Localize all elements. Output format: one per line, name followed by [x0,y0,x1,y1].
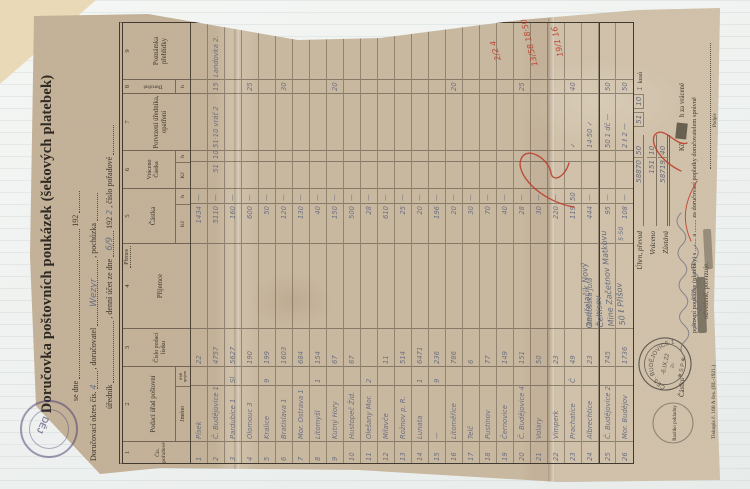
cell-kc: 70 [484,206,492,215]
cell-cislo: 514 [399,351,407,364]
cell-jmeno: Olomouc 3 [246,402,254,439]
table-row: 2Č. Budějovice 147575110—511051·10 vráť … [208,23,225,463]
col-header-vraceno: 6 Vráceno Částka Kč h [123,150,190,188]
se-dne-label: se dne [71,381,80,401]
cell-jmeno: Kralice [263,416,271,439]
blank-field [105,321,114,383]
table-cell: 6471 [412,328,428,366]
cell-h: — [297,194,305,201]
cell-jmeno: Bratislava 1 [280,399,288,439]
cell-dor: 50 [604,82,612,91]
table-cell [446,150,462,161]
table-cell: 23 [582,328,598,366]
cell-spoj: 9 [433,379,441,383]
table-cell: 5110 [208,203,224,243]
table-cell [548,161,564,188]
table-cell [310,23,326,79]
table-cell: 67 [327,328,343,366]
cell-jmeno: Litomyšl [314,410,322,439]
cell-n: 12 [382,452,390,461]
kc-label: Kč [679,143,686,151]
pencil-extra-amount: 5·50 [617,227,625,241]
table-cell: 4 [242,441,258,463]
table-cell [344,79,360,93]
table-cell: Volary [531,385,547,441]
cell-jmeno: Mor. Ostrava 1 [297,389,305,439]
table-cell [361,93,377,150]
ucet-label: , denní účet ze dne [105,259,114,319]
cell-dor: 15 [212,82,220,91]
h-za-vracene-label: h za vrácené [679,83,686,117]
table-cell: — [344,188,360,203]
table-cell [514,150,530,161]
table-cell: 40 [310,203,326,243]
prenos-label: Přenos [124,246,131,268]
subcol-h: h [176,189,190,204]
table-cell [497,93,513,150]
cell-h: — [399,194,407,201]
table-cell [412,93,428,150]
cell-kc: 600 [246,206,254,219]
table-cell: — [463,188,479,203]
table-cell [208,366,224,385]
table-cell [480,150,496,161]
summary-kc: 151 [647,158,657,226]
cell-spoj: 2 [365,379,373,383]
table-cell: 30 [276,79,292,93]
table-cell: 49 [565,328,581,366]
table-cell [276,150,292,161]
table-cell: 236 [429,328,445,366]
table-cell [191,243,207,328]
summary-label: Vráceno [649,226,657,319]
table-cell [548,366,564,385]
cell-n: 18 [484,452,492,461]
table-cell: 67 [344,328,360,366]
table-cell [259,79,275,93]
table-cell [344,93,360,150]
table-cell [259,23,275,79]
table-cell: 15 [208,79,224,93]
cell-kc: 130 [297,206,305,219]
table-cell: 11 [378,328,394,366]
col-number: 1 [123,442,132,463]
postmark-office: ✻ S P ✻ [677,356,688,378]
table-cell [446,366,462,385]
table-cell: 25 [242,79,258,93]
table-cell [310,161,326,188]
table-cell: 70 [480,203,496,243]
summary-block: Úhrn, převod 58870 50 51 10 1 kusů Vráce… [631,23,670,319]
table-cell [600,366,615,385]
table-cell: — [293,188,309,203]
table-cell [225,23,241,79]
summary-row: Vráceno 151 10 [644,23,657,319]
table-cell: Sl [225,366,241,385]
corner-stamp-fragment: DĚJ [20,400,78,458]
cell-kc: 150 [331,206,339,219]
cell-n: 17 [467,452,475,461]
table-cell [514,93,530,150]
summary-label: Zůstává [662,226,670,319]
summary-h: 40 [658,135,670,158]
okres-label: Doručovací okres čís. [89,391,98,461]
table-cell: 160 [225,203,241,243]
cell-jmeno: Vimperk [552,411,560,439]
table-cell [327,150,343,161]
cell-n: 3 [229,457,237,461]
table-cell: — [497,188,513,203]
table-cell: 20 [514,441,530,463]
cell-cislo: 6 [467,360,475,364]
table-cell [446,243,462,328]
table-cell: 2 [208,441,224,463]
table-cell [361,150,377,161]
cell-n: 6 [280,457,288,461]
table-cell [582,161,598,188]
cell-h: — [212,194,220,201]
table-cell: 1 [191,441,207,463]
castka-label: Částka [154,161,161,177]
table-cell: 7 [293,441,309,463]
table-row: 16Litoměřice78620—20 [446,23,463,463]
table-cell [242,23,258,79]
table-cell [191,366,207,385]
cell-kc: 30 [467,206,475,215]
cell-h: — [229,194,237,201]
table-cell [327,161,343,188]
table-cell: 25 [514,79,530,93]
table-cell: 40 [565,79,581,93]
table-cell: Černovice [497,385,513,441]
cell-cislo: 67 [331,355,339,364]
table-cell: 5627 [225,328,241,366]
cell-kc: 610 [382,206,390,219]
table-cell [361,243,377,328]
table-cell [191,79,207,93]
table-cell: 149 [497,328,513,366]
cell-potv: 51·10 vráť 2 [212,106,220,148]
table-row: 15—9236196— [429,23,446,463]
col-label: Podací úřad poštovní [132,367,175,441]
ink-smudge [703,229,713,269]
subcol-h: h [176,151,190,162]
cell-jmeno: Prachatice [569,403,577,439]
table-cell [378,93,394,150]
table-cell [582,150,598,161]
table-cell [429,243,445,328]
table-row: 9Kutný Hory67150—20 [327,23,344,463]
cell-jmeno: Olešany Mor. [365,395,373,439]
table-cell [191,150,207,161]
table-cell [361,161,377,188]
table-cell: 21 [531,441,547,463]
table-cell: Hustopeč Žid. [344,385,360,441]
summary-h: 50 [634,135,644,158]
table-cell [310,243,326,328]
table-cell: 6 [276,441,292,463]
cell-potv: 2 ℓ 2 — [621,123,629,148]
col-header-poznamka: 9 Poznámka přehlídky [123,23,190,79]
table-cell: 23 [548,328,564,366]
table-cell [378,243,394,328]
table-body: 1Písek221434—2Č. Budějovice 147575110—51… [191,23,633,463]
table-row: 22Vimperk23220— [548,23,565,463]
table-cell: 120 [276,203,292,243]
line-okres: Doručovací okres čís. 4 , doručovatel We… [89,193,98,461]
col-number: 6 [123,151,132,188]
col-header-podaci-urad: 2 Podací úřad poštovní Jméno třídí spoje… [123,366,190,441]
cell-cislo: 50 [535,355,543,364]
table-cell: 1434 [191,203,207,243]
table-cell: 51 [208,161,224,188]
table-row: 11Olešany Mor.228— [361,23,378,463]
table-cell: 190 [242,328,258,366]
table-cell [310,93,326,150]
col-number: 7 [123,94,132,150]
cell-kc: 119 [569,206,577,219]
cell-jmeno: Lunata [416,416,424,439]
table-cell [395,23,411,79]
table-cell: 28 [514,203,530,243]
summary-label: Úhrn, převod [636,226,644,319]
cell-pozn: Landovka 2. [212,35,220,77]
table-cell: Č. Budějovice 1 [208,385,224,441]
cell-h: — [450,194,458,201]
cell-n: 16 [450,452,458,461]
table-cell: 786 [446,328,462,366]
col-number: 5 [123,189,132,243]
cell-h: — [604,194,612,201]
kusu-annex: 51 10 1 kusů [634,72,644,127]
cell-kc: 50 [263,206,271,215]
table-row: 12Milavče11610— [378,23,395,463]
cell-cislo: 11 [382,355,390,364]
cell-dor: 20 [450,82,458,91]
table-cell: 6 [463,328,479,366]
table-cell [327,23,343,79]
cell-spoj: 1 [314,379,322,383]
table-cell [344,150,360,161]
table-row: 14Lunata1647120— [412,23,429,463]
table-cell [344,161,360,188]
table-row: 18Pustinov7770— [480,23,497,463]
vraceno-label: Vráceno [147,160,154,180]
table-cell [327,93,343,150]
table-cell [395,366,411,385]
cell-kc: 160 [229,206,237,219]
cell-jmeno: Pardubice 1 [229,399,237,439]
cell-potv: ✓ [569,142,577,148]
table-cell [480,243,496,328]
stamped-value-box [675,122,688,139]
cell-kc: 120 [280,206,288,219]
table-cell [463,93,479,150]
cell-n: 2 [212,457,220,461]
table-cell: 15 [429,441,445,463]
table-cell [600,23,615,79]
table-cell [531,161,547,188]
cell-n: 10 [348,452,356,461]
table-cell: 500 [344,203,360,243]
table-cell: 22 [548,441,564,463]
subcol-jmeno: Jméno [176,386,190,441]
col-number: 9 [123,23,132,79]
cell-kc: 444 [586,206,594,219]
cell-n: 15 [433,452,441,461]
table-cell [242,243,258,328]
cell-kc: 196 [433,206,441,219]
table-cell: Rožnov p. R. [395,385,411,441]
table-cell [259,243,275,328]
table-cell: — [600,188,615,203]
cell-cislo: 67 [348,355,356,364]
table-cell: 24 [582,441,598,463]
table-cell [191,23,207,79]
col-number: 8 [123,80,132,93]
table-cell: 50 1 dč — [600,93,615,150]
kusu-label: kusů [638,72,644,83]
table-cell [531,93,547,150]
cell-cislo: 745 [604,351,612,364]
cell-h: — [263,194,271,201]
table-cell [531,366,547,385]
cell-h: — [280,194,288,201]
table-cell [565,23,581,79]
table-cell: — [327,188,343,203]
table-cell: — [412,188,428,203]
table-cell: — [480,188,496,203]
cell-jmeno: Albrechtice [586,401,594,439]
table-cell [497,161,513,188]
table-cell: 22 [191,328,207,366]
table-cell: Olomouc 3 [242,385,258,441]
table-cell [293,23,309,79]
table-cell [293,161,309,188]
table-cell: 196 [429,203,445,243]
cell-kc: 20 [416,206,424,215]
table-row: 4Olomouc 3190600—25 [242,23,259,463]
table-cell [429,161,445,188]
cell-cislo: 151 [518,351,526,364]
summary-h: 10 [647,135,657,158]
table-cell [378,150,394,161]
table-cell [429,150,445,161]
blank-field: Wezyr [89,260,98,326]
table-cell [446,93,462,150]
table-cell [429,79,445,93]
handwritten-okres: 4 [89,384,98,389]
table-row: 17Telč630— [463,23,480,463]
cell-h: — [348,194,356,201]
table-cell [361,79,377,93]
cell-kc: 30 [535,206,543,215]
cell-h: — [586,194,594,201]
postmark-stamp: ČES. BUDĚJOVICE 1 -6.IX.22 2c ✻ S P ✻ [627,323,713,455]
table-cell: 16 [446,441,462,463]
table-cell: 610 [378,203,394,243]
table-cell: 12 [378,441,394,463]
table-cell: 50 [600,79,615,93]
table-cell: Albrechtice [582,385,598,441]
table-cell [565,150,581,161]
document-paper: Doručovka poštovních poukázek (šekových … [28,6,722,482]
table-cell [344,366,360,385]
table-cell: — [225,188,241,203]
cell-kc: 28 [365,206,373,215]
line-ucet: úředník , denní účet ze dne 6/9 192 2 , … [105,125,114,409]
signature-line [710,43,711,169]
table-cell: 25 [600,441,615,463]
cell-vh: 10 [212,150,220,159]
col-header-castka: 5 Částka Kč h [123,188,190,243]
table-cell: Pustinov [480,385,496,441]
blank-field [105,125,114,155]
table-cell [531,243,547,328]
cell-h: — [365,194,373,201]
table-cell [600,150,615,161]
table-cell [191,161,207,188]
table-cell: Landovka 2. [208,23,224,79]
table-cell [378,366,394,385]
cell-h: — [382,194,390,201]
table-cell [378,23,394,79]
cell-cislo: 49 [569,355,577,364]
table-cell: Bratislava 1 [276,385,292,441]
table-cell [276,161,292,188]
table-cell [293,366,309,385]
cell-cislo: 1603 [280,347,288,364]
cell-cislo: 6471 [416,347,424,364]
table-cell [531,150,547,161]
cell-jmeno: Písek [195,421,203,439]
table-cell [412,243,428,328]
table-cell: Milavče [378,385,394,441]
table-cell: 600 [242,203,258,243]
cell-jmeno: Č. Budějovice 2 [604,386,612,439]
table-cell [259,161,275,188]
cell-cislo: 5627 [229,347,237,364]
col-label: Poznámka přehlídky [132,23,190,79]
summary-kc: 58719 [658,158,670,226]
table-cell: — [395,188,411,203]
table-cell: Písek [191,385,207,441]
line-se-dne: se dne 192 [71,191,80,401]
cell-jmeno: Volary [535,418,543,439]
table-cell [208,243,224,328]
cell-n: 19 [501,452,509,461]
table-cell: 25 [395,203,411,243]
col-number: 3 [123,329,132,366]
table-cell: 20 [412,203,428,243]
table-cell [548,79,564,93]
table-cell: 14 [412,441,428,463]
table-cell [548,150,564,161]
col-label: Číslo podací lístku [132,329,190,366]
cell-h: — [246,194,254,201]
cell-spoj: 9 [263,379,271,383]
col-label: Částka [132,189,175,243]
table-cell: Prachatice [565,385,581,441]
cell-n: 20 [518,452,526,461]
handwritten-year-digit: 2 [105,210,114,215]
table-cell [242,161,258,188]
table-cell: 77 [480,328,496,366]
cell-n: 4 [246,457,254,461]
table-row: 10Hustopeč Žid.67500— [344,23,361,463]
table-cell: Č. Budějovice 4 [514,385,530,441]
table-cell [293,79,309,93]
